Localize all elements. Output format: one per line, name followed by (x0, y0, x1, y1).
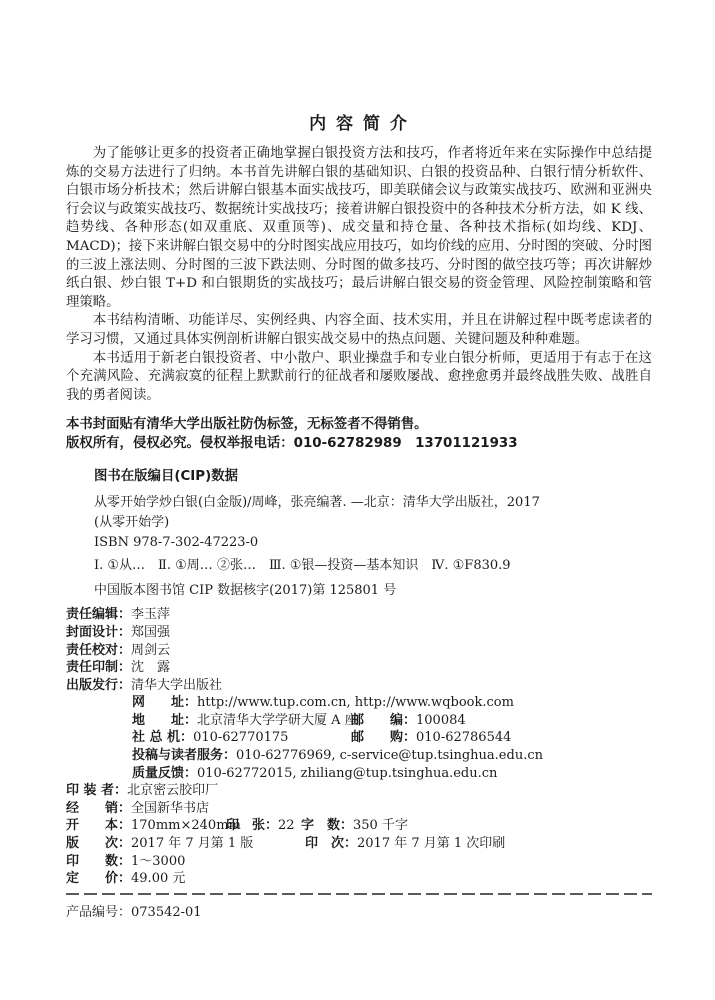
colophon-label: 印 张： (226, 818, 278, 833)
colophon-label: 责任校对： (66, 643, 131, 658)
colophon-label: 开 本： (66, 818, 131, 833)
colophon-pair-impression: 印 次：2017 年 7 月第 1 次印刷 (305, 835, 505, 853)
colophon-row-format: 开 本：170mm×240mm 印 张：22 字 数：350 千字 (66, 817, 652, 835)
intro-paragraph: 本书结构清晰、功能详尽、实例经典、内容全面、技术实用，并且在讲解过程中既考虑读者… (66, 312, 652, 349)
colophon: 责任编辑：李玉萍 封面设计：郑国强 责任校对：周剑云 责任印制：沈 露 出版发行… (66, 606, 652, 888)
cip-series-line: (从零开始学) (94, 514, 652, 531)
colophon-label: 封面设计： (66, 625, 131, 640)
colophon-label: 印 数： (66, 854, 131, 869)
colophon-pair-postcode: 邮 编：100084 (351, 712, 466, 730)
colophon-label: 社 总 机： (132, 730, 193, 745)
colophon-value: 010-62786544 (416, 730, 511, 745)
colophon-value: 170mm×240mm (131, 818, 241, 833)
colophon-label: 地 址： (132, 713, 197, 728)
colophon-value: 010-62776969, c-service@tup.tsinghua.edu… (236, 748, 543, 763)
colophon-value: 2017 年 7 月第 1 次印刷 (357, 836, 505, 851)
colophon-row-proofreader: 责任校对：周剑云 (66, 642, 652, 660)
colophon-value: 周剑云 (131, 643, 170, 658)
colophon-label: 出版发行： (66, 678, 131, 693)
colophon-label: 质量反馈： (132, 766, 197, 781)
anti-piracy-notice: 本书封面贴有清华大学出版社防伪标签，无标签者不得销售。 版权所有，侵权必究。侵权… (66, 415, 652, 453)
anti-piracy-line: 本书封面贴有清华大学出版社防伪标签，无标签者不得销售。 (66, 415, 652, 434)
colophon-value: 北京密云胶印厂 (127, 783, 218, 798)
colophon-pair-word-count: 字 数：350 千字 (301, 817, 408, 835)
colophon-row-distributor: 经 销：全国新华书店 (66, 800, 652, 818)
colophon-value: 100084 (416, 713, 466, 728)
colophon-value: 1～3000 (131, 854, 185, 869)
cip-block: 图书在版编目(CIP)数据 从零开始学炒白银(白金版)/周峰，张亮编著. —北京… (94, 468, 652, 599)
intro-paragraph: 本书适用于新老白银投资者、中小散户、职业操盘手和专业白银分析师，更适用于有志于在… (66, 350, 652, 406)
colophon-row-print-run: 印 数：1～3000 (66, 853, 652, 871)
colophon-label: 邮 购： (351, 730, 416, 745)
colophon-row-switchboard: 社 总 机：010-62770175 邮 购：010-62786544 (66, 729, 652, 747)
intro-paragraph: 为了能够让更多的投资者正确地掌握白银投资方法和技巧，作者将近年来在实际操作中总结… (66, 145, 652, 312)
colophon-label: 投稿与读者服务： (132, 748, 236, 763)
colophon-value: 清华大学出版社 (131, 678, 222, 693)
colophon-label: 网 址： (132, 695, 197, 710)
colophon-value: 2017 年 7 月第 1 版 (131, 836, 253, 851)
colophon-row-print-supervisor: 责任印制：沈 露 (66, 659, 652, 677)
cip-record-line: 中国版本图书馆 CIP 数据核字(2017)第 125801 号 (94, 582, 652, 599)
colophon-pair-sheets: 印 张：22 (226, 817, 295, 835)
colophon-value: 北京清华大学学研大厦 A 座 (197, 713, 358, 728)
colophon-label: 印 次： (305, 836, 357, 851)
colophon-label: 印 装 者： (66, 783, 127, 798)
dashed-divider (66, 893, 652, 895)
product-number-value: 073542-01 (131, 905, 202, 920)
page-title: 内 容 简 介 (66, 112, 652, 136)
cip-title-line: 从零开始学炒白银(白金版)/周峰，张亮编著. —北京：清华大学出版社，2017 (94, 494, 652, 511)
colophon-label: 责任印制： (66, 660, 131, 675)
colophon-value: 全国新华书店 (131, 801, 209, 816)
colophon-row-editor: 责任编辑：李玉萍 (66, 606, 652, 624)
colophon-row-publisher: 出版发行：清华大学出版社 (66, 677, 652, 695)
copyright-hotline-line: 版权所有，侵权必究。侵权举报电话：010-62782989 1370112193… (66, 434, 652, 453)
colophon-row-price: 定 价：49.00 元 (66, 870, 652, 888)
colophon-row-quality-feedback: 质量反馈：010-62772015, zhiliang@tup.tsinghua… (66, 765, 652, 783)
colophon-row-edition: 版 次：2017 年 7 月第 1 版 印 次：2017 年 7 月第 1 次印… (66, 835, 652, 853)
colophon-label: 定 价： (66, 871, 131, 886)
cip-classification-line: Ⅰ. ①从… Ⅱ. ①周… ②张… Ⅲ. ①银—投资—基本知识 Ⅳ. ①F830… (94, 557, 652, 574)
colophon-row-printer: 印 装 者：北京密云胶印厂 (66, 782, 652, 800)
colophon-row-address: 地 址：北京清华大学学研大厦 A 座 邮 编：100084 (66, 712, 652, 730)
colophon-pair-mail-order: 邮 购：010-62786544 (351, 729, 511, 747)
colophon-label: 邮 编： (351, 713, 416, 728)
colophon-label: 经 销： (66, 801, 131, 816)
colophon-value: 郑国强 (131, 625, 170, 640)
colophon-row-reader-service: 投稿与读者服务：010-62776969, c-service@tup.tsin… (66, 747, 652, 765)
colophon-value: 350 千字 (353, 818, 408, 833)
colophon-value: 沈 露 (131, 660, 170, 675)
colophon-value: 李玉萍 (131, 607, 170, 622)
product-number-label: 产品编号： (66, 905, 131, 920)
product-number-line: 产品编号：073542-01 (66, 904, 652, 922)
cip-isbn-line: ISBN 978-7-302-47223-0 (94, 534, 652, 551)
copyright-page: 内 容 简 介 为了能够让更多的投资者正确地掌握白银投资方法和技巧，作者将近年来… (66, 0, 652, 922)
colophon-value: 49.00 元 (131, 871, 185, 886)
content-summary: 为了能够让更多的投资者正确地掌握白银投资方法和技巧，作者将近年来在实际操作中总结… (66, 145, 652, 405)
colophon-row-cover-design: 封面设计：郑国强 (66, 624, 652, 642)
colophon-label: 责任编辑： (66, 607, 131, 622)
cip-heading: 图书在版编目(CIP)数据 (94, 468, 652, 486)
colophon-value: http://www.tup.com.cn, http://www.wqbook… (197, 695, 514, 710)
colophon-value: 010-62772015, zhiliang@tup.tsinghua.edu.… (197, 766, 497, 781)
colophon-row-website: 网 址：http://www.tup.com.cn, http://www.wq… (66, 694, 652, 712)
colophon-label: 版 次： (66, 836, 131, 851)
colophon-label: 字 数： (301, 818, 353, 833)
colophon-value: 010-62770175 (193, 730, 288, 745)
colophon-value: 22 (278, 818, 295, 833)
